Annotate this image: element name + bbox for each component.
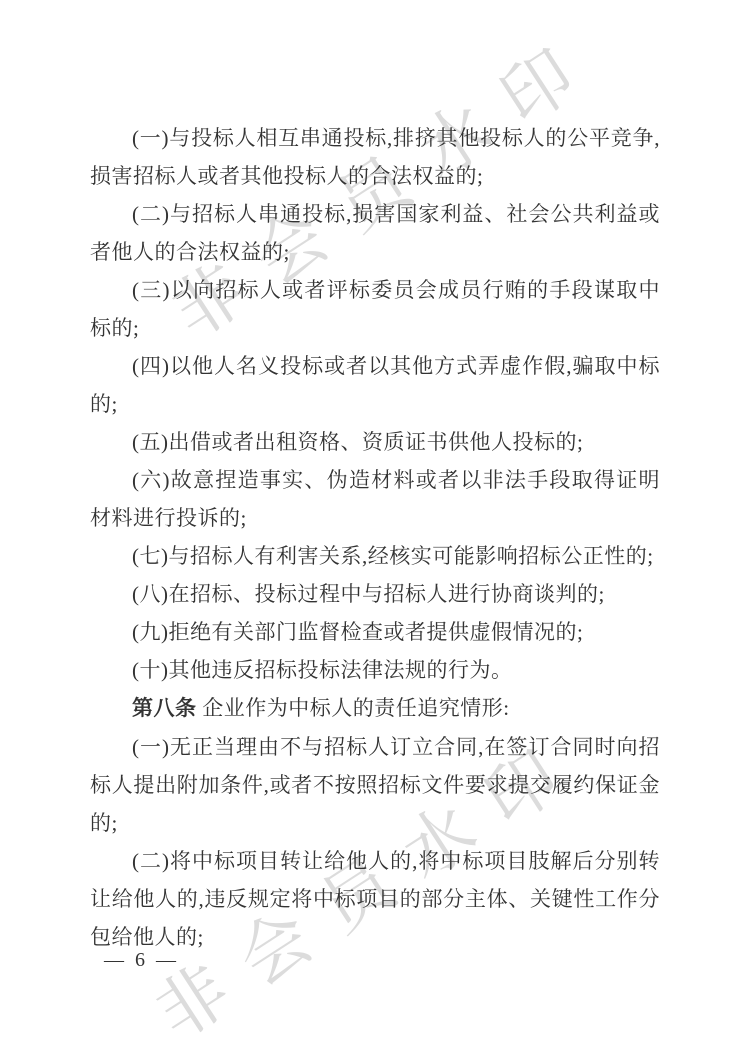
article-number: 第八条 bbox=[132, 697, 197, 720]
paragraph-2: (二)与招标人串通投标,损害国家利益、社会公共利益或者他人的合法权益的; bbox=[90, 195, 660, 271]
paragraph-9: (九)拒绝有关部门监督检查或者提供虚假情况的; bbox=[90, 613, 660, 651]
paragraph-13: (二)将中标项目转让给他人的,将中标项目肢解后分别转让给他人的,违反规定将中标项… bbox=[90, 842, 660, 956]
paragraph-6: (六)故意捏造事实、伪造材料或者以非法手段取得证明材料进行投诉的; bbox=[90, 461, 660, 537]
paragraph-4: (四)以他人名义投标或者以其他方式弄虚作假,骗取中标的; bbox=[90, 347, 660, 423]
paragraph-7: (七)与招标人有利害关系,经核实可能影响招标公正性的; bbox=[90, 537, 660, 575]
paragraph-10: (十)其他违反招标投标法律法规的行为。 bbox=[90, 651, 660, 689]
paragraph-5: (五)出借或者出租资格、资质证书供他人投标的; bbox=[90, 423, 660, 461]
page-number: — 6 — bbox=[104, 946, 179, 974]
paragraph-11: 第八条 企业作为中标人的责任追究情形: bbox=[90, 689, 660, 728]
document-body: (一)与投标人相互串通投标,排挤其他投标人的公平竞争,损害招标人或者其他投标人的… bbox=[90, 119, 660, 956]
paragraph-1: (一)与投标人相互串通投标,排挤其他投标人的公平竞争,损害招标人或者其他投标人的… bbox=[90, 119, 660, 195]
paragraph-3: (三)以向招标人或者评标委员会成员行贿的手段谋取中标的; bbox=[90, 271, 660, 347]
document-page: 非会员水印 非会员水印 (一)与投标人相互串通投标,排挤其他投标人的公平竞争,损… bbox=[0, 0, 750, 1061]
paragraph-8: (八)在招标、投标过程中与招标人进行协商谈判的; bbox=[90, 575, 660, 613]
paragraph-12: (一)无正当理由不与招标人订立合同,在签订合同时向招标人提出附加条件,或者不按照… bbox=[90, 728, 660, 842]
